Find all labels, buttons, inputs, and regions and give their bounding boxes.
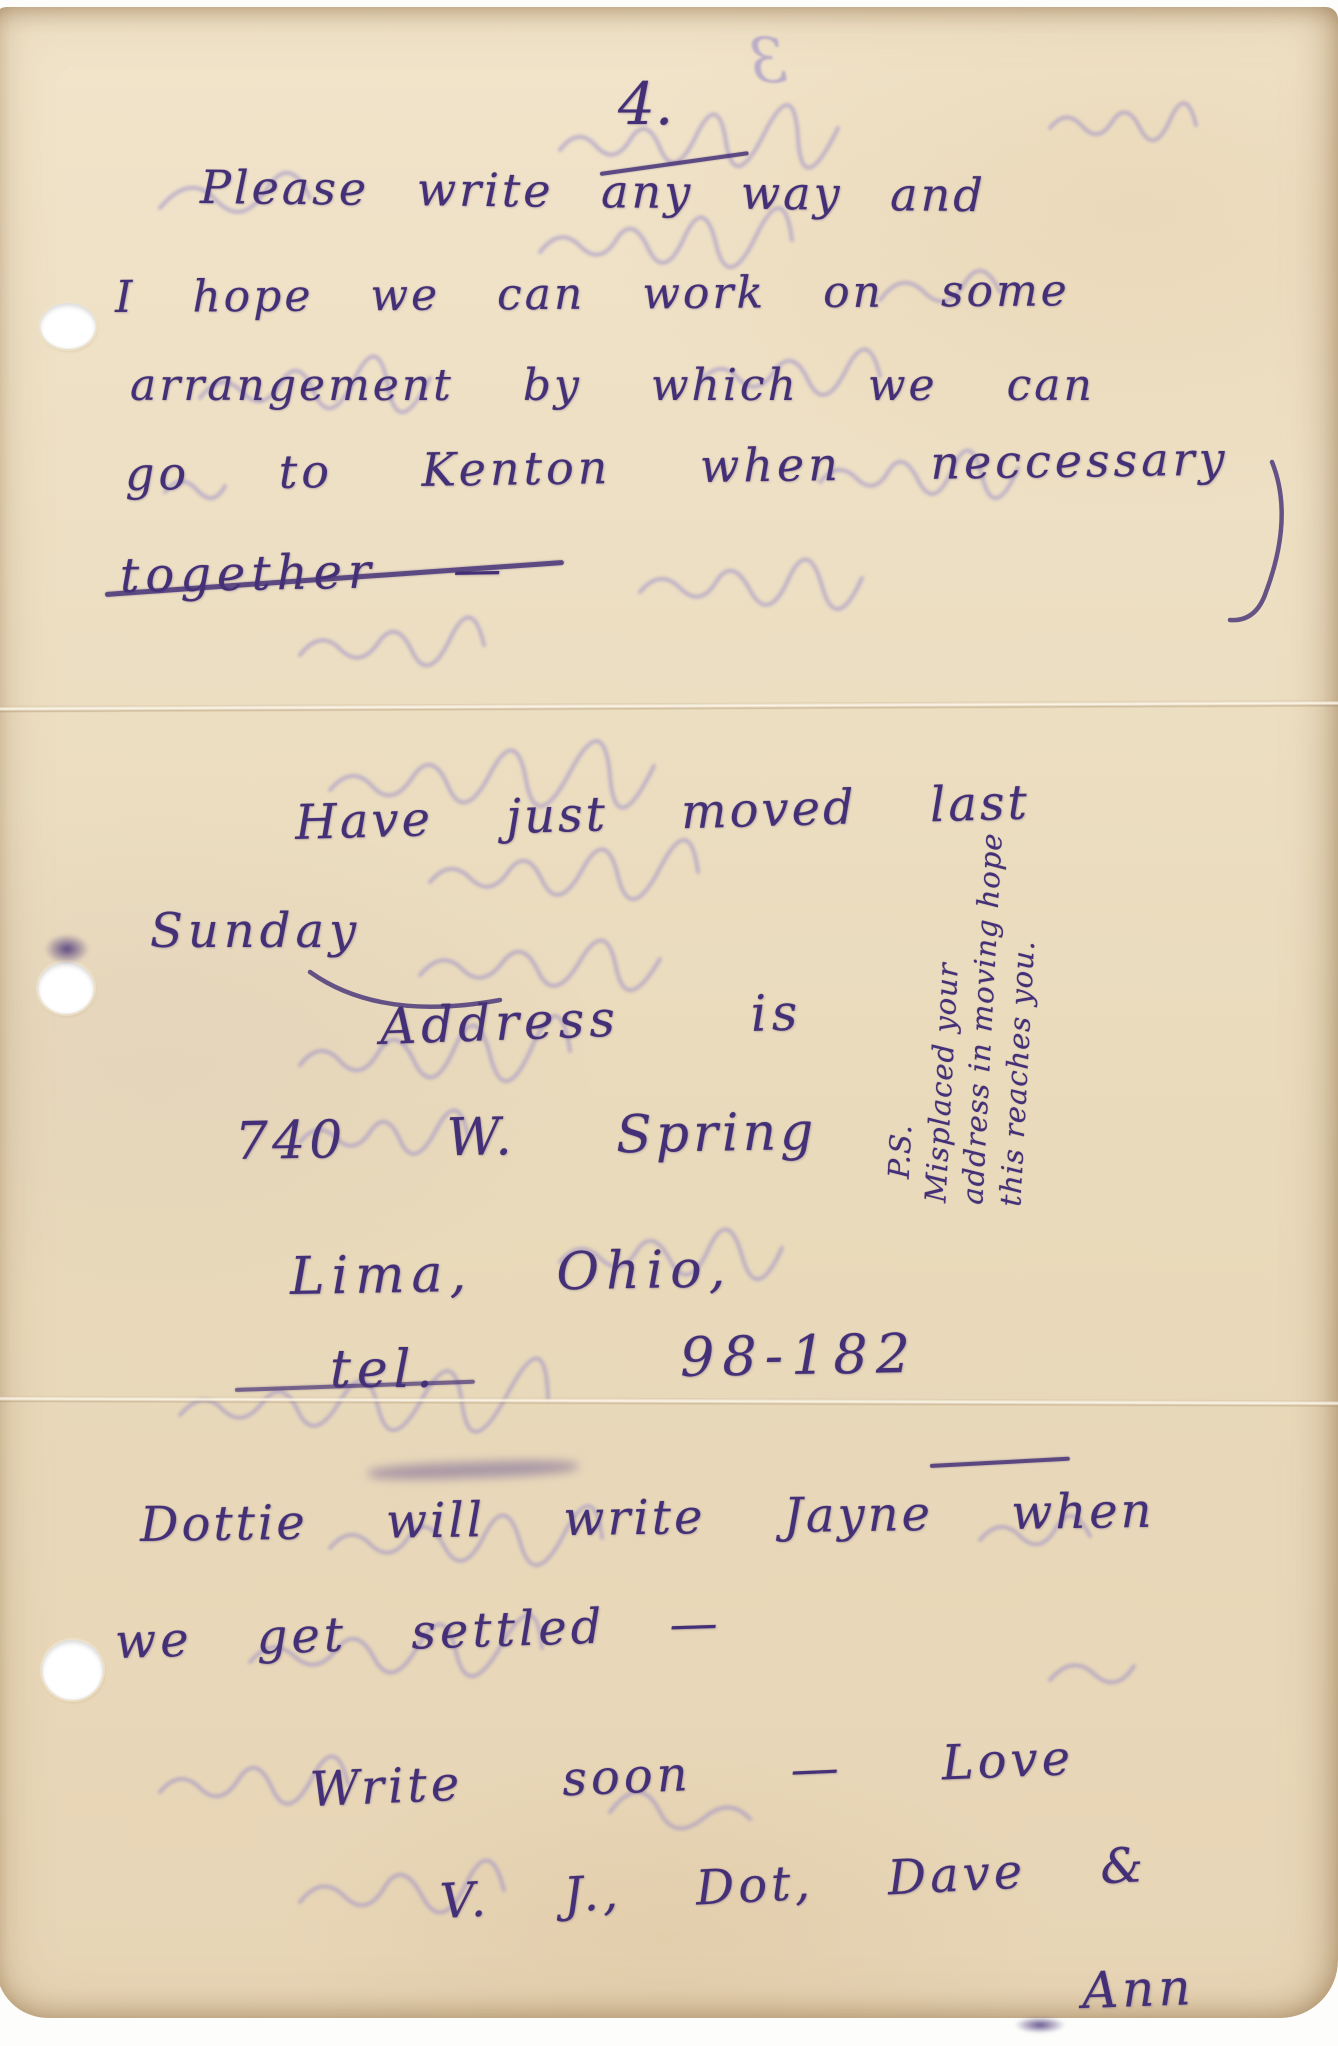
ink-blot-near-hole <box>36 928 98 970</box>
letter-line-11-tel: tel. <box>330 1340 439 1400</box>
letter-scan: 3 4. Please write any way and I hope we … <box>0 0 1338 2046</box>
ps-note: P.S. Misplaced your address in moving ho… <box>879 640 1060 1207</box>
letter-line-3: arrangement by which we can <box>130 360 1095 411</box>
ink-blot-bottom-edge <box>1006 2014 1074 2036</box>
letter-line-2: I hope we can work on some <box>115 265 1070 323</box>
ghost-page-number: 3 <box>748 24 787 97</box>
punch-hole-bottom <box>42 1640 103 1700</box>
letter-line-7: Sunday <box>150 903 361 959</box>
letter-line-9: 740 W. Spring <box>234 1102 817 1172</box>
signature-ann: Ann <box>1081 1958 1195 2020</box>
letter-line-1: Please write any way and <box>200 160 986 222</box>
page-number: 4. <box>618 70 673 138</box>
letter-line-11-phone: 98-182 <box>679 1322 918 1389</box>
punch-hole-top <box>40 303 96 349</box>
letter-line-10: Lima, Ohio, <box>289 1239 732 1307</box>
